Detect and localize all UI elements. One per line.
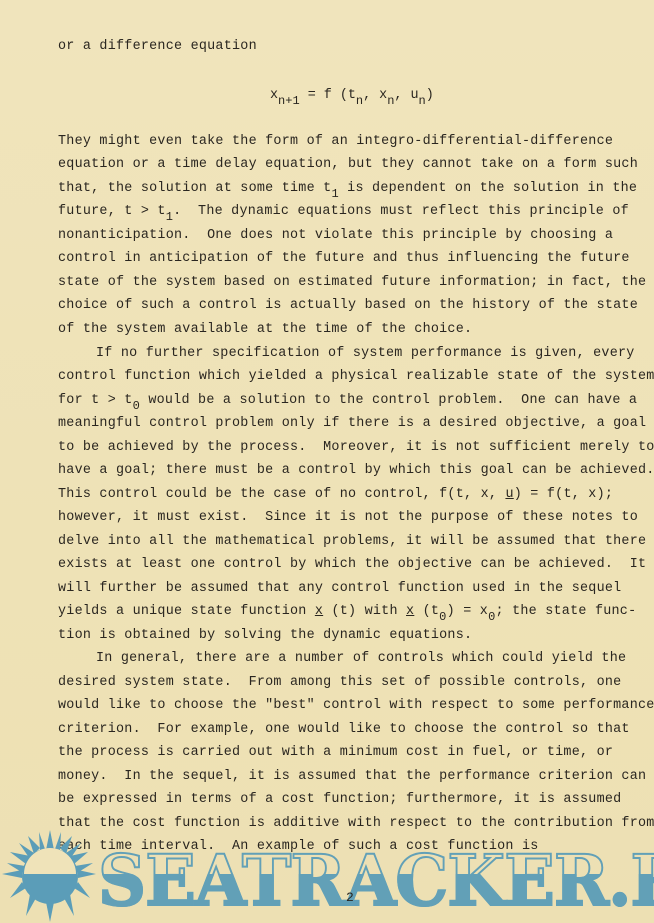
text-span: . The dynamic equations must reflect thi… — [173, 204, 629, 219]
vector-x: x — [315, 604, 323, 619]
intro-line: or a difference equation — [58, 39, 257, 55]
eq-part: ) — [426, 88, 434, 103]
text-span: (t) with — [323, 604, 406, 619]
text-line: equation or a time delay equation, but t… — [58, 157, 638, 173]
eq-part: , u — [394, 88, 418, 103]
text-line: the process is carried out with a minimu… — [58, 745, 613, 761]
text-line: of the system available at the time of t… — [58, 322, 472, 338]
text-line: for t > t0 would be a solution to the co… — [58, 393, 637, 409]
text-line: exists at least one control by which the… — [58, 557, 646, 573]
text-line: control function which yielded a physica… — [58, 369, 654, 385]
difference-equation: xn+1 = f (tn, xn, un) — [270, 88, 434, 104]
text-line: In general, there are a number of contro… — [96, 651, 626, 667]
subscript: 0 — [133, 399, 140, 413]
text-line: have a goal; there must be a control by … — [58, 463, 654, 479]
vector-u: u — [505, 487, 513, 502]
text-span: ) = x — [447, 604, 488, 619]
text-span: is dependent on the solution in the — [339, 181, 637, 196]
text-line: meaningful control problem only if there… — [58, 416, 646, 432]
text-line: criterion. For example, one would like t… — [58, 722, 630, 738]
text-line: money. In the sequel, it is assumed that… — [58, 769, 646, 785]
text-span: future, t > t — [58, 204, 166, 219]
text-line: tion is obtained by solving the dynamic … — [58, 628, 472, 644]
text-line: be expressed in terms of a cost function… — [58, 792, 621, 808]
text-line: yields a unique state function x (t) wit… — [58, 604, 636, 620]
text-span: for t > t — [58, 393, 133, 408]
text-line: They might even take the form of an inte… — [58, 134, 613, 150]
text-line: This control could be the case of no con… — [58, 487, 613, 503]
text-line: each time interval. An example of such a… — [58, 839, 539, 855]
text-line: to be achieved by the process. Moreover,… — [58, 440, 654, 456]
text-line: state of the system based on estimated f… — [58, 275, 646, 291]
text-span: This control could be the case of no con… — [58, 487, 505, 502]
document-page: or a difference equation xn+1 = f (tn, x… — [0, 0, 654, 923]
text-line: that the cost function is additive with … — [58, 816, 654, 832]
page-number: 2 — [346, 890, 354, 905]
watermark-text: SEATRACKER.RU — [98, 846, 654, 916]
eq-part: , x — [363, 88, 387, 103]
text-span: ) = f(t, x); — [514, 487, 613, 502]
subscript: 0 — [439, 610, 446, 624]
text-line: desired system state. From among this se… — [58, 675, 621, 691]
text-line: If no further specification of system pe… — [96, 346, 635, 362]
eq-lhs-sub: n+1 — [278, 94, 300, 108]
text-span: yields a unique state function — [58, 604, 315, 619]
text-line: would like to choose the "best" control … — [58, 698, 654, 714]
subscript: 0 — [488, 610, 495, 624]
text-line: choice of such a control is actually bas… — [58, 298, 638, 314]
text-line: delve into all the mathematical problems… — [58, 534, 646, 550]
eq-sub: n — [419, 94, 426, 108]
text-line: however, it must exist. Since it is not … — [58, 510, 638, 526]
text-span: that, the solution at some time t — [58, 181, 331, 196]
text-line: will further be assumed that any control… — [58, 581, 621, 597]
text-line: that, the solution at some time t1 is de… — [58, 181, 637, 197]
eq-lhs-var: x — [270, 88, 278, 103]
text-span: ; the state func- — [496, 604, 637, 619]
text-line: nonanticipation. One does not violate th… — [58, 228, 613, 244]
subscript: 1 — [331, 187, 338, 201]
text-line: control in anticipation of the future an… — [58, 251, 630, 267]
eq-f: = f (t — [300, 88, 356, 103]
text-span: would be a solution to the control probl… — [140, 393, 637, 408]
text-span: (t — [414, 604, 439, 619]
text-line: future, t > t1. The dynamic equations mu… — [58, 204, 629, 220]
